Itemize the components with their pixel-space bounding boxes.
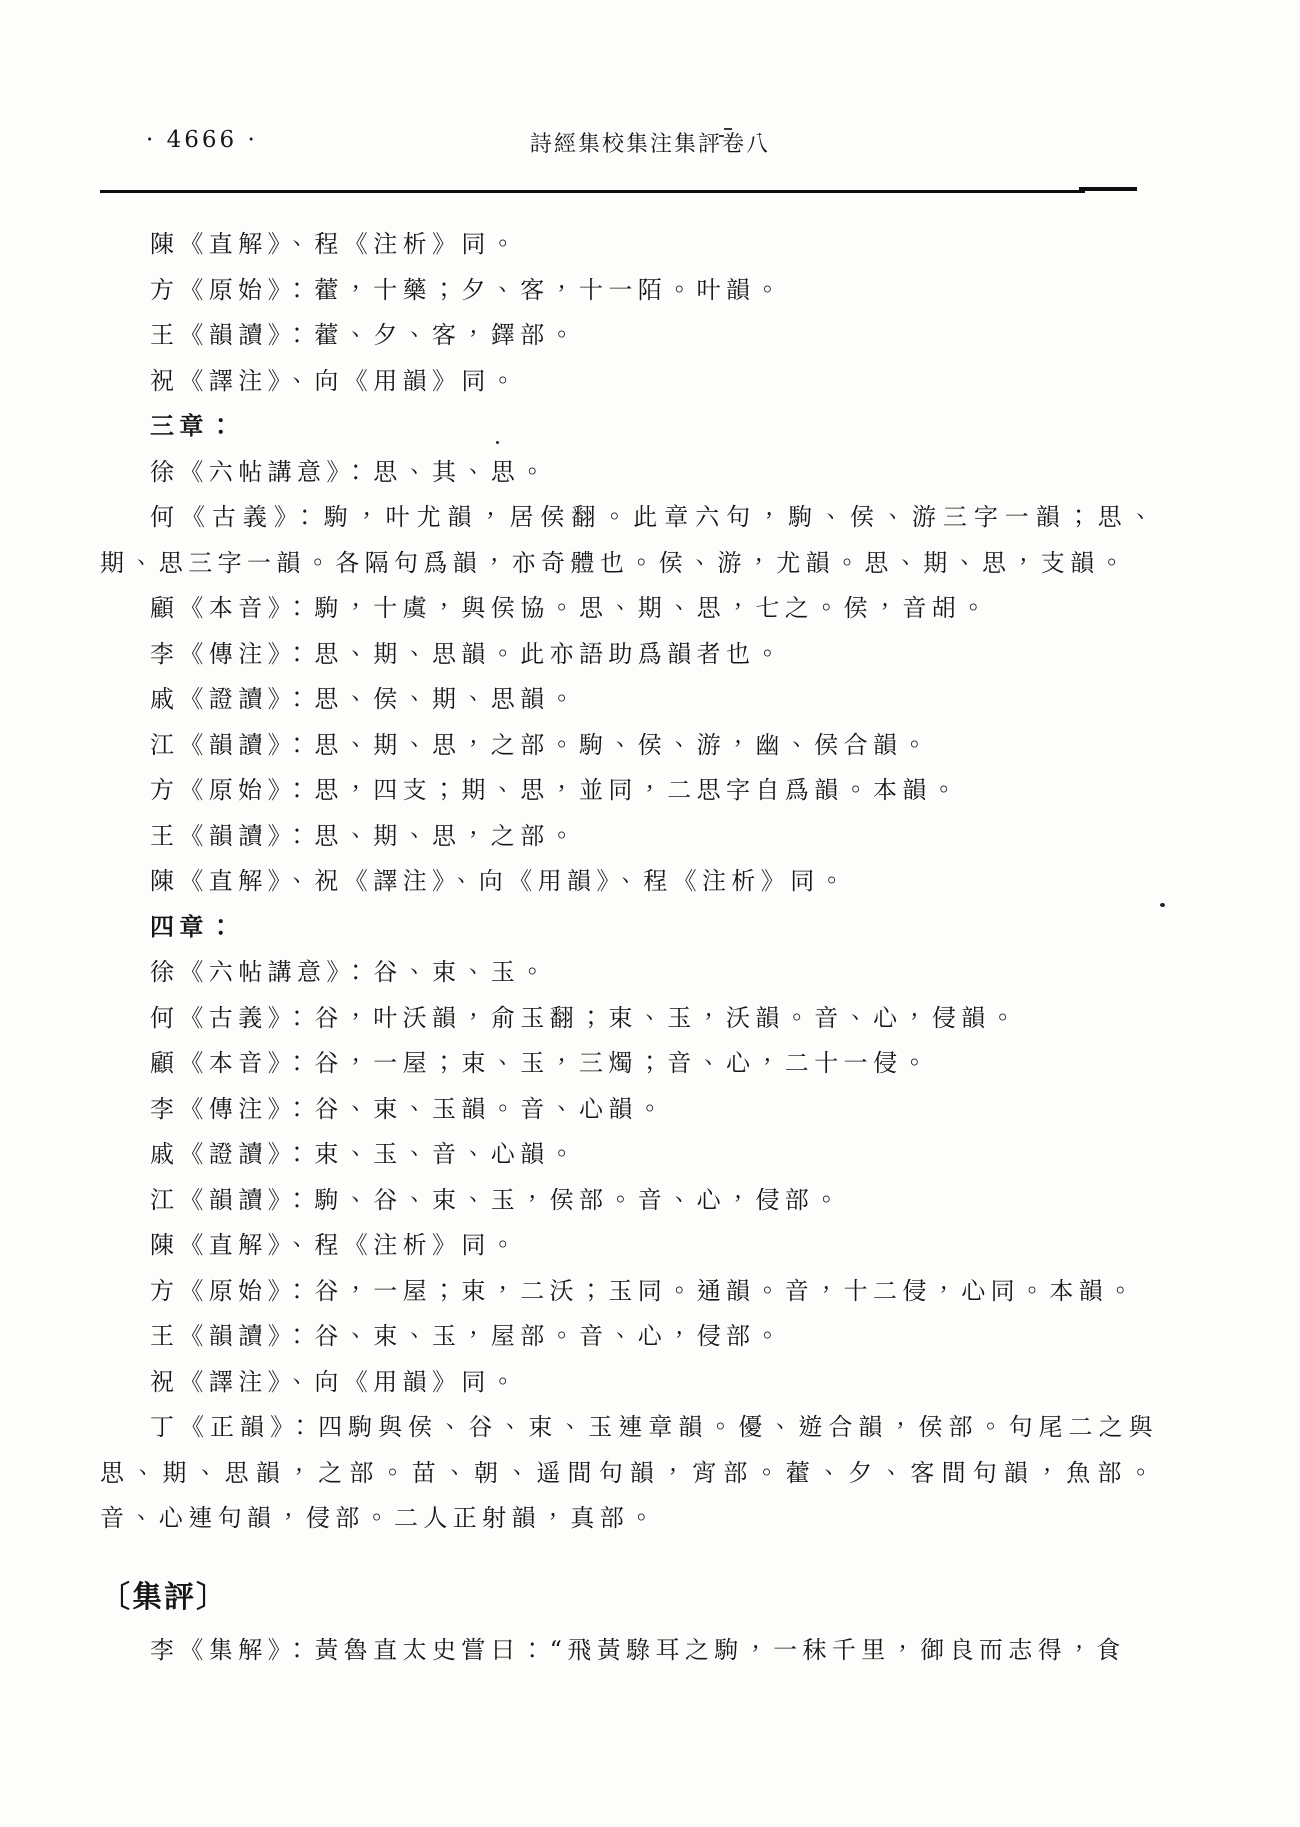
- text-paragraph: 王《韻讀》：谷、束、玉，屋部。音、心，侵部。: [100, 1314, 1158, 1360]
- text-paragraph: 祝《譯注》、向《用韻》同。: [100, 359, 1158, 405]
- text-paragraph: 何《古義》：谷，叶沃韻，俞玉翻；束、玉，沃韻。音、心，侵韻。: [100, 996, 1158, 1042]
- section-label-chapter-three: 三章：: [100, 404, 1158, 450]
- body-text: 陳《直解》、程《注析》同。 方《原始》：藿，十藥；夕、客，十一陌。叶韻。 王《韻…: [100, 222, 1158, 1673]
- text-paragraph: 陳《直解》、程《注析》同。: [100, 222, 1158, 268]
- text-paragraph: 顧《本音》：駒，十虞，與侯協。思、期、思，七之。侯，音胡。: [100, 586, 1158, 632]
- text-paragraph: 徐《六帖講意》：谷、束、玉。: [100, 950, 1158, 996]
- text-paragraph: 陳《直解》、祝《譯注》、向《用韻》、程《注析》同。: [100, 859, 1158, 905]
- text-paragraph: 李《傳注》：思、期、思韻。此亦語助爲韻者也。: [100, 632, 1158, 678]
- text-paragraph: 王《韻讀》：思、期、思，之部。: [100, 814, 1158, 860]
- text-paragraph: 李《集解》：黃魯直太史嘗曰：“飛黃騄耳之駒，一秣千里，御良而志得，食: [100, 1628, 1158, 1674]
- header-rule: [100, 190, 1085, 193]
- text-paragraph: 陳《直解》、程《注析》同。: [100, 1223, 1158, 1269]
- text-paragraph: 方《原始》：思，四支；期、思，並同，二思字自爲韻。本韻。: [100, 768, 1158, 814]
- text-paragraph: 戚《證讀》：思、侯、期、思韻。: [100, 677, 1158, 723]
- scan-artifact-mark: [719, 135, 724, 137]
- text-paragraph: 丁《正韻》：四駒與侯、谷、束、玉連章韻。優、遊合韻，侯部。句尾二之與思、期、思韻…: [100, 1405, 1158, 1542]
- text-paragraph: 李《傳注》：谷、束、玉韻。音、心韻。: [100, 1087, 1158, 1133]
- text-paragraph: 祝《譯注》、向《用韻》同。: [100, 1360, 1158, 1406]
- text-paragraph: 江《韻讀》：思、期、思，之部。駒、侯、游，幽、侯合韻。: [100, 723, 1158, 769]
- section-label-chapter-four: 四章：: [100, 905, 1158, 951]
- text-paragraph: 方《原始》：谷，一屋；束，二沃；玉同。通韻。音，十二侵，心同。本韻。: [100, 1269, 1158, 1315]
- text-paragraph: 顧《本音》：谷，一屋；束、玉，三燭；音、心，二十一侵。: [100, 1041, 1158, 1087]
- header-rule-segment: [1079, 187, 1137, 191]
- text-paragraph: 何《古義》：駒，叶尤韻，居侯翻。此章六句，駒、侯、游三字一韻；思、期、思三字一韻…: [100, 495, 1158, 586]
- running-head-title: 詩經集校集注集評卷八: [0, 127, 1300, 158]
- text-paragraph: 江《韻讀》：駒、谷、束、玉，侯部。音、心，侵部。: [100, 1178, 1158, 1224]
- scan-artifact-dot: [1160, 903, 1165, 907]
- text-paragraph: 戚《證讀》：束、玉、音、心韻。: [100, 1132, 1158, 1178]
- scanned-book-page: · 4666 · 詩經集校集注集評卷八 陳《直解》、程《注析》同。 方《原始》：…: [0, 0, 1300, 1827]
- text-paragraph: 方《原始》：藿，十藥；夕、客，十一陌。叶韻。: [100, 268, 1158, 314]
- section-heading-collected-comments: 〔集評〕: [100, 1574, 1158, 1622]
- scan-artifact-mark: [724, 128, 732, 130]
- text-paragraph: 王《韻讀》：藿、夕、客，鐸部。: [100, 313, 1158, 359]
- text-paragraph: 徐《六帖講意》：思、其、思。: [100, 450, 1158, 496]
